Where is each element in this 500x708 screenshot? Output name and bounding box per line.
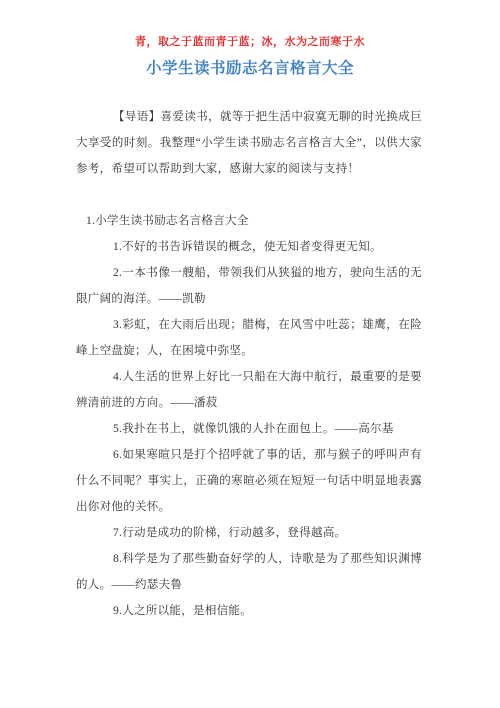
text-line: 参考，希望可以帮助到大家，感谢大家的阅读与支持！	[76, 156, 422, 182]
page-title: 小学生读书励志名言格言大全	[0, 56, 500, 78]
text-line: 2.一本书像一艘船，带领我们从狭獈的地方，驶向生活的无	[76, 260, 422, 286]
text-line: 限广阔的海洋。——凯勒	[76, 286, 422, 312]
text-line: 8.科学是为了那些勤奋好学的人，诗歌是为了那些知识渊博	[76, 546, 422, 572]
text-line: 6.如果寒暄只是打个招呼就了事的话，那与猴子的呼叫声有	[76, 442, 422, 468]
quote-3: 3.彩虹，在大雨后出现；腊梅，在风雪中吐蕊；雄鹰，在险峰上空盘旋；人，在困境中弥…	[76, 312, 422, 364]
text-line: 4.人生活的世界上好比一只船在大海中航行，最重要的是要	[76, 364, 422, 390]
text-line: 5.我扑在书上，就像饥饿的人扑在面包上。——高尔基	[76, 416, 422, 442]
intro-paragraph: 【导语】喜爱读书，就等于把生活中寂寞无聊的时光换成巨大享受的时刻。我整理“小学生…	[76, 104, 422, 182]
section-heading: 1.小学生读书励志名言格言大全	[76, 208, 422, 234]
quote-5: 5.我扑在书上，就像饥饿的人扑在面包上。——高尔基	[76, 416, 422, 442]
text-line: 出你对他的关怀。	[76, 494, 422, 520]
quote-4: 4.人生活的世界上好比一只船在大海中航行，最重要的是要辨清前进的方向。——潘菽	[76, 364, 422, 416]
text-line: 7.行动是成功的阶梯，行动越多，登得越高。	[76, 520, 422, 546]
content-body: 【导语】喜爱读书，就等于把生活中寂寞无聊的时光换成巨大享受的时刻。我整理“小学生…	[76, 104, 422, 624]
text-line: 的人。——约瑟夫鲁	[76, 572, 422, 598]
text-line: 【导语】喜爱读书，就等于把生活中寂寞无聊的时光换成巨	[76, 104, 422, 130]
header-motto: 青，取之于蓝而青于蓝；冰，水为之而寒于水	[0, 33, 500, 49]
quote-9: 9.人之所以能，是相信能。	[76, 598, 422, 624]
text-line: 大享受的时刻。我整理“小学生读书励志名言格言大全”，以供大家	[76, 130, 422, 156]
document-page: 青，取之于蓝而青于蓝；冰，水为之而寒于水 小学生读书励志名言格言大全 【导语】喜…	[0, 0, 500, 708]
text-line: 3.彩虹，在大雨后出现；腊梅，在风雪中吐蕊；雄鹰，在险	[76, 312, 422, 338]
quote-1: 1.不好的书告诉错误的概念，使无知者变得更无知。	[76, 234, 422, 260]
text-line: 什么不同呢？事实上，正确的寒暄必须在短短一句话中明显地表露	[76, 468, 422, 494]
quote-7: 7.行动是成功的阶梯，行动越多，登得越高。	[76, 520, 422, 546]
text-line: 辨清前进的方向。——潘菽	[76, 390, 422, 416]
quote-6: 6.如果寒暄只是打个招呼就了事的话，那与猴子的呼叫声有什么不同呢？事实上，正确的…	[76, 442, 422, 520]
text-line: 峰上空盘旋；人，在困境中弥坚。	[76, 338, 422, 364]
text-line: 1.小学生读书励志名言格言大全	[86, 208, 422, 234]
quote-2: 2.一本书像一艘船，带领我们从狭獈的地方，驶向生活的无限广阔的海洋。——凯勒	[76, 260, 422, 312]
quote-8: 8.科学是为了那些勤奋好学的人，诗歌是为了那些知识渊博的人。——约瑟夫鲁	[76, 546, 422, 598]
text-line: 1.不好的书告诉错误的概念，使无知者变得更无知。	[76, 234, 422, 260]
text-line: 9.人之所以能，是相信能。	[76, 598, 422, 624]
